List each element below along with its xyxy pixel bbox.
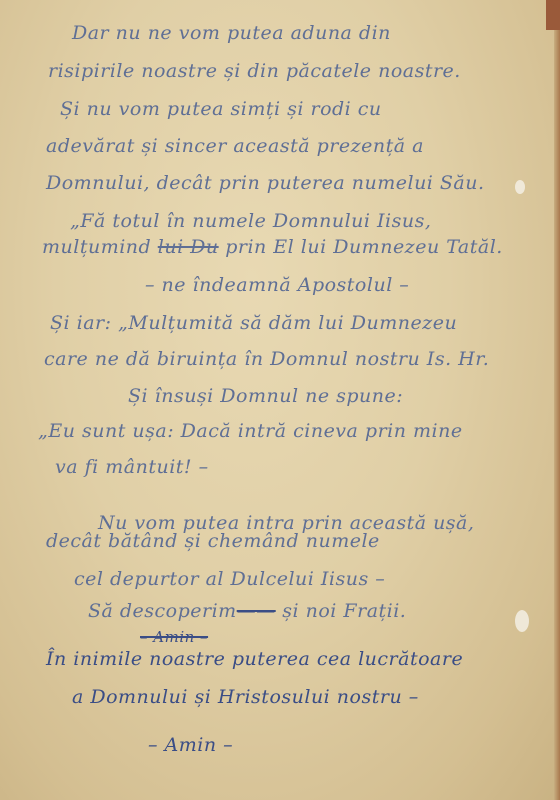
crossed-out-text: lui Du — [158, 236, 219, 258]
text-line: risipirile noastre și din păcatele noast… — [48, 60, 461, 82]
paper-edge — [554, 0, 560, 800]
text-line: cel depurtor al Dulcelui Iisus – — [74, 568, 385, 590]
text-line: Și nu vom putea simți și rodi cu — [60, 98, 382, 120]
text-line: adevărat și sincer această prezență a — [46, 135, 424, 157]
text-line: va fi mântuit! – — [55, 456, 209, 478]
crossed-out-text: ​—— — [237, 600, 276, 622]
paper-spot — [515, 610, 529, 632]
text-line: Să descoperim ​—— și noi Frații. — [88, 600, 406, 622]
manuscript-page: Dar nu ne vom putea aduna din risipirile… — [0, 0, 560, 800]
text-line: – Amin – — [148, 734, 233, 756]
text-fragment: Frații. — [343, 600, 406, 622]
paper-corner — [546, 0, 560, 30]
text-line: – ne îndeamnă Apostolul – — [145, 274, 409, 296]
text-line: „Eu sunt ușa: Dacă intră cineva prin min… — [38, 420, 463, 442]
text-fragment: și noi — [282, 600, 337, 622]
text-line: „Fă totul în numele Domnului Iisus, — [70, 210, 431, 232]
text-line: În inimile noastre puterea cea lucrătoar… — [46, 648, 463, 670]
text-line: care ne dă biruința în Domnul nostru Is.… — [44, 348, 489, 370]
text-fragment: mulțumind — [42, 236, 151, 258]
text-line: mulțumind lui Du prin El lui Dumnezeu Ta… — [42, 236, 503, 258]
text-line: a Domnului și Hristosului nostru – — [72, 686, 419, 708]
text-line: Dar nu ne vom putea aduna din — [72, 22, 391, 44]
text-line: Și însuși Domnul ne spune: — [128, 385, 403, 407]
text-fragment: Să descoperim — [88, 600, 237, 622]
text-line: decât bătând și chemând numele — [46, 530, 380, 552]
text-line: Domnului, decât prin puterea numelui Său… — [46, 172, 485, 194]
paper-spot — [515, 180, 525, 194]
text-fragment: prin El lui Dumnezeu Tatăl. — [225, 236, 503, 258]
text-line: Și iar: „Mulțumită să dăm lui Dumnezeu — [50, 312, 457, 334]
crossed-out-text: – Amin – — [140, 628, 208, 646]
